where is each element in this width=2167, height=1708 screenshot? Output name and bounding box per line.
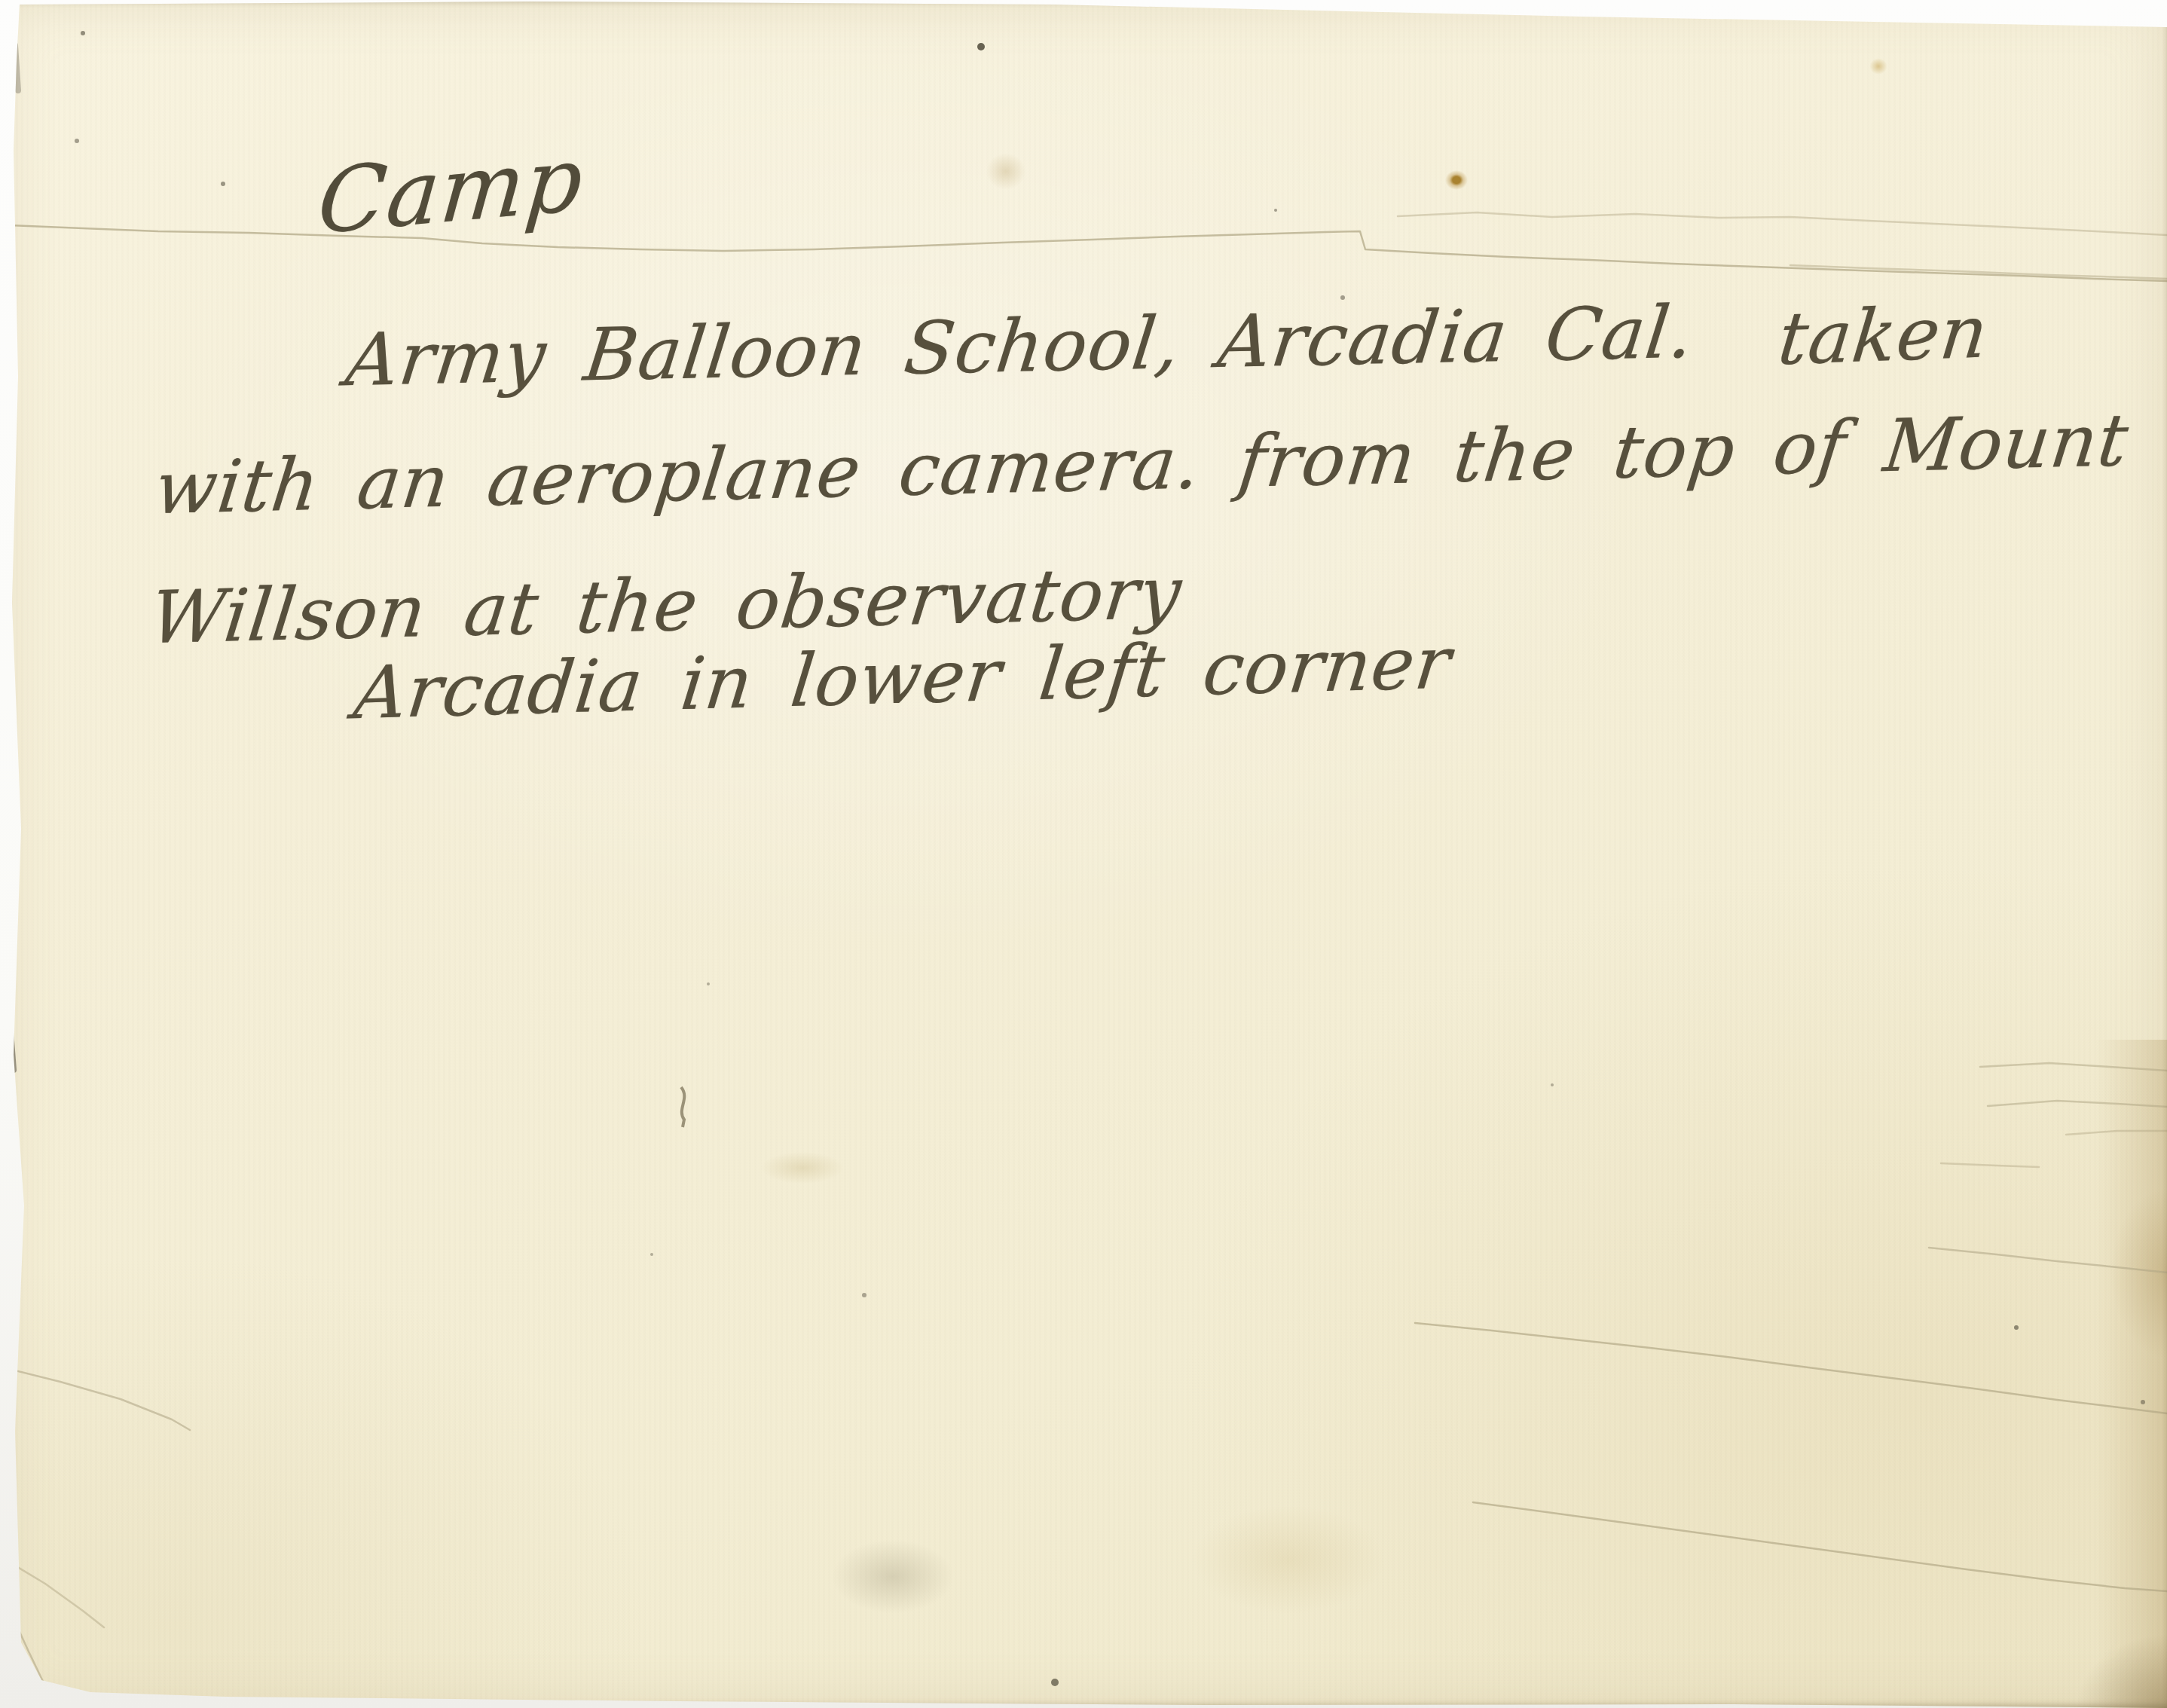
paper-edge-shading	[0, 0, 2167, 1708]
note-paper: Camp Army Balloon School, Arcadia Cal. t…	[0, 0, 2167, 1708]
scanner-background: Camp Army Balloon School, Arcadia Cal. t…	[0, 0, 2167, 1708]
